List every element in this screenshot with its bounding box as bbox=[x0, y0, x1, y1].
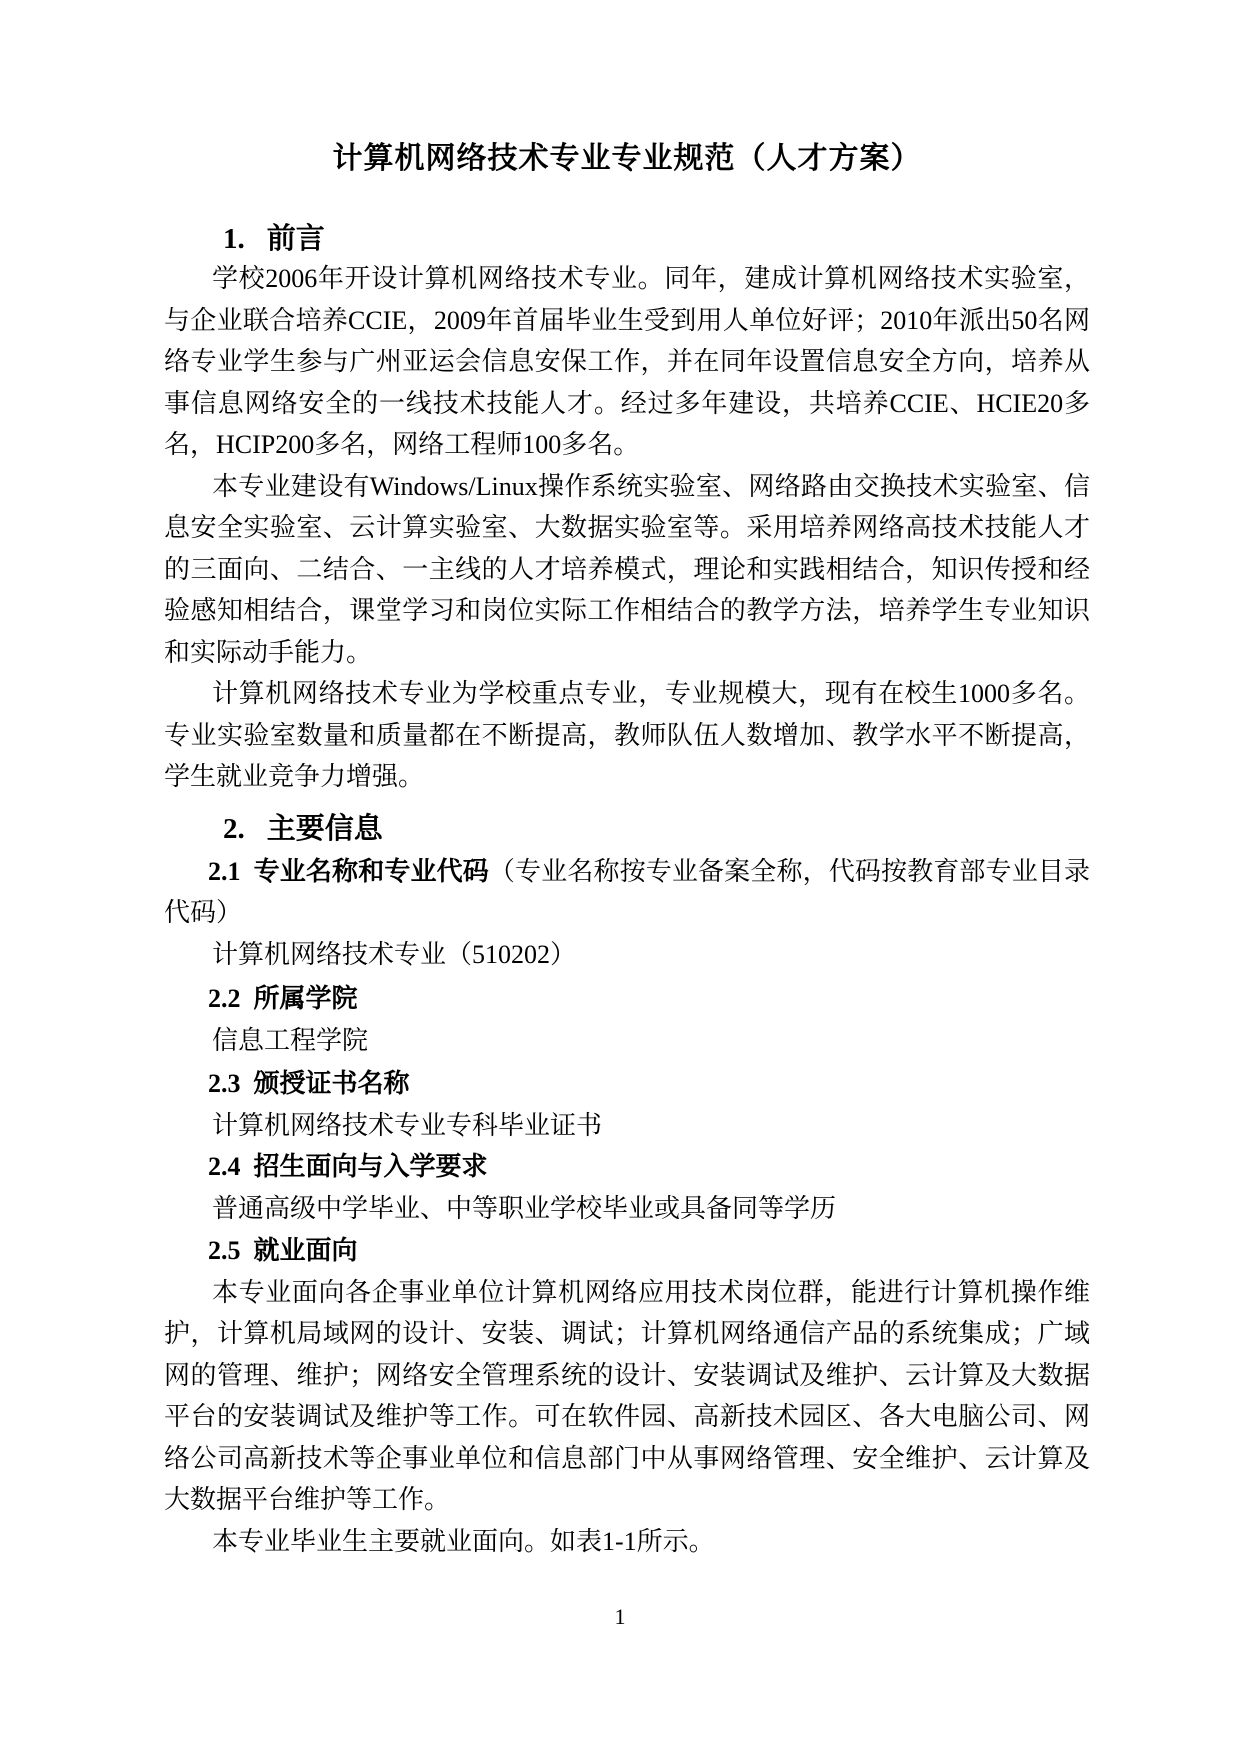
page-content: 计算机网络技术专业专业规范（人才方案） 1.前言 学校2006年开设计算机网络技… bbox=[0, 0, 1240, 1562]
section-2-heading: 2.主要信息 bbox=[223, 810, 1090, 848]
subsection-2-1-heading: 2.1专业名称和专业代码（专业名称按专业备案全称，代码按教育部专业目录代码） bbox=[164, 851, 1090, 934]
subsection-2-4-heading: 2.4招生面向与入学要求 bbox=[164, 1146, 1090, 1188]
subsection-2-5-paragraph-2: 本专业毕业生主要就业面向。如表1-1所示。 bbox=[164, 1521, 1090, 1563]
subsection-2-4-number: 2.4 bbox=[208, 1152, 241, 1181]
subsection-2-4-label: 招生面向与入学要求 bbox=[254, 1152, 488, 1181]
page-number: 1 bbox=[0, 1603, 1240, 1631]
document-page: 计算机网络技术专业专业规范（人才方案） 1.前言 学校2006年开设计算机网络技… bbox=[0, 0, 1240, 1754]
subsection-2-3-label: 颁授证书名称 bbox=[254, 1069, 410, 1098]
subsection-2-2-label: 所属学院 bbox=[254, 984, 358, 1013]
subsection-2-2-number: 2.2 bbox=[208, 984, 241, 1013]
section-2-number: 2. bbox=[223, 813, 245, 845]
section-2-label: 主要信息 bbox=[267, 813, 383, 845]
section-1-paragraph-3: 计算机网络技术专业为学校重点专业，专业规模大，现有在校生1000多名。专业实验室… bbox=[164, 673, 1090, 798]
document-title: 计算机网络技术专业专业规范（人才方案） bbox=[164, 0, 1090, 178]
section-1-paragraph-1: 学校2006年开设计算机网络技术专业。同年，建成计算机网络技术实验室，与企业联合… bbox=[164, 258, 1090, 466]
section-1-paragraph-2: 本专业建设有Windows/Linux操作系统实验室、网络路由交换技术实验室、信… bbox=[164, 466, 1090, 674]
subsection-2-3-heading: 2.3颁授证书名称 bbox=[164, 1063, 1090, 1105]
subsection-2-5-label: 就业面向 bbox=[254, 1236, 358, 1265]
subsection-2-1-paragraph-1: 计算机网络技术专业（510202） bbox=[164, 934, 1090, 976]
subsection-2-2-heading: 2.2所属学院 bbox=[164, 978, 1090, 1020]
subsection-2-5-paragraph-1: 本专业面向各企事业单位计算机网络应用技术岗位群，能进行计算机操作维护，计算机局域… bbox=[164, 1272, 1090, 1521]
section-1-number: 1. bbox=[223, 223, 245, 255]
subsection-2-1-label: 专业名称和专业代码 bbox=[254, 857, 489, 886]
subsection-2-5-heading: 2.5就业面向 bbox=[164, 1230, 1090, 1272]
subsection-2-3-number: 2.3 bbox=[208, 1069, 241, 1098]
subsection-2-5-number: 2.5 bbox=[208, 1236, 241, 1265]
section-1-label: 前言 bbox=[267, 223, 325, 255]
section-1-heading: 1.前言 bbox=[223, 220, 1090, 258]
subsection-2-2-paragraph-1: 信息工程学院 bbox=[164, 1020, 1090, 1062]
subsection-2-3-paragraph-1: 计算机网络技术专业专科毕业证书 bbox=[164, 1105, 1090, 1147]
subsection-2-4-paragraph-1: 普通高级中学毕业、中等职业学校毕业或具备同等学历 bbox=[164, 1188, 1090, 1230]
subsection-2-1-number: 2.1 bbox=[208, 857, 241, 886]
